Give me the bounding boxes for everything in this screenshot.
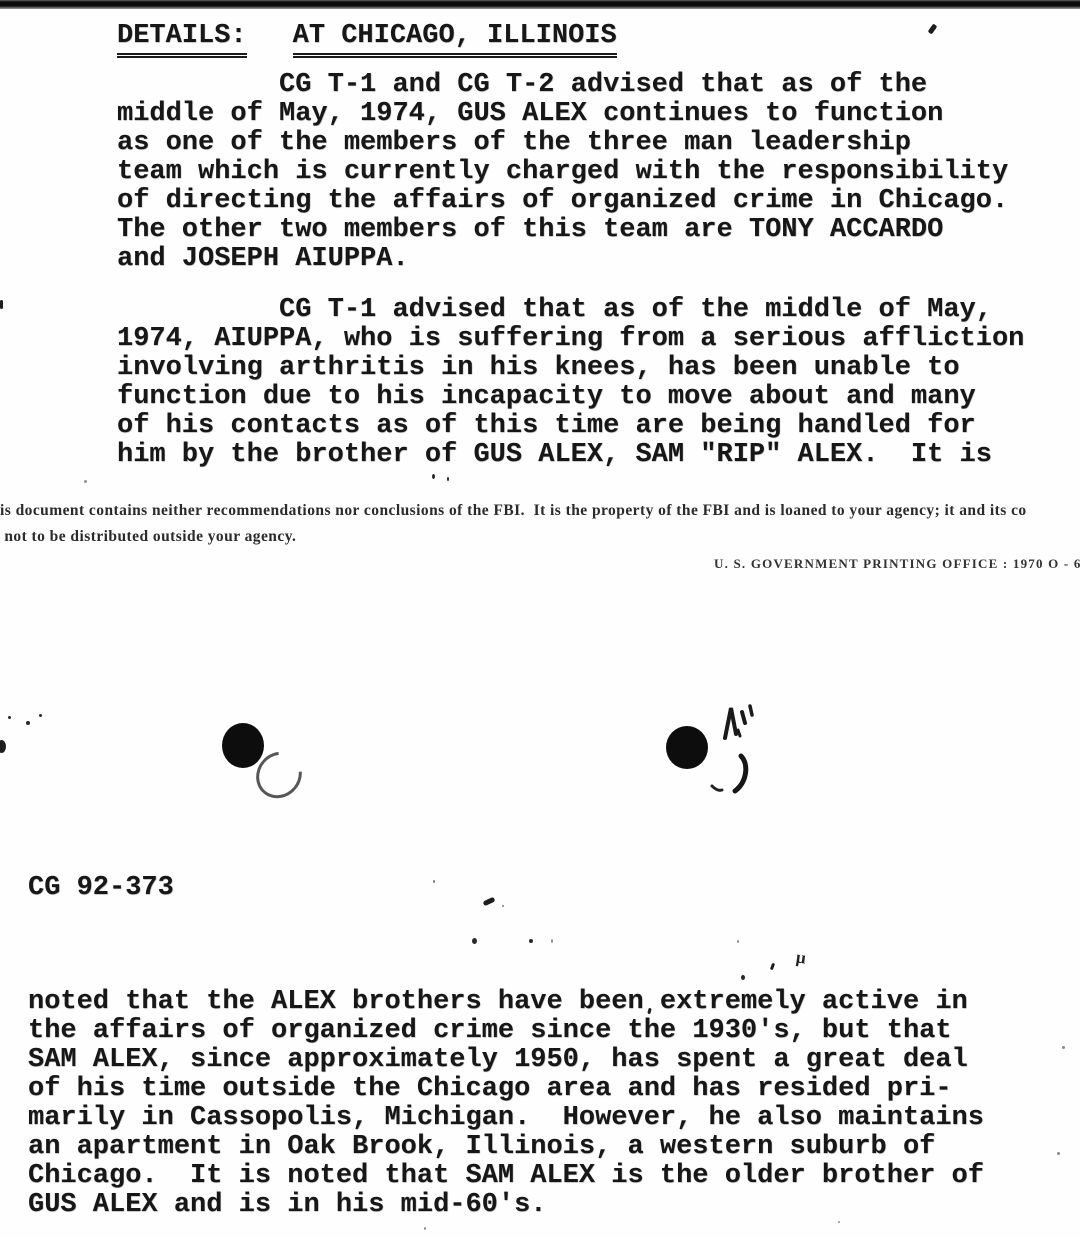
location-heading: AT CHICAGO, ILLINOIS (293, 22, 617, 58)
details-label: DETAILS: (117, 22, 247, 58)
ink-speck (1057, 1152, 1060, 1155)
case-number: CG 92-373 (28, 874, 174, 903)
ink-speck (84, 480, 87, 483)
ink-speck (8, 716, 11, 719)
gpo-imprint: U. S. GOVERNMENT PRINTING OFFICE : 1970 … (714, 556, 1080, 572)
paragraph-1: CG T-1 and CG T-2 advised that as of the… (117, 71, 1008, 274)
paragraph-2: CG T-1 advised that as of the middle of … (117, 296, 1024, 470)
ink-speck (424, 1227, 426, 1230)
ink-speck (433, 880, 435, 883)
ink-speck (472, 938, 477, 944)
hole-punch-dot-right (666, 726, 708, 769)
ink-speck (838, 1221, 840, 1223)
ink-speck (39, 714, 42, 717)
ink-speck (529, 939, 533, 943)
scanned-document-page: DETAILS:AT CHICAGO, ILLINOIS CG T-1 and … (0, 0, 1080, 1237)
hole-punch-dot-left (222, 723, 264, 768)
ink-speck (447, 477, 449, 481)
apostrophe-ink-mark (928, 23, 938, 34)
handwritten-scribble-icon (708, 698, 760, 800)
dash-ink-mark (483, 897, 496, 907)
ink-speck (1062, 1046, 1065, 1049)
comma-ink-mark (770, 963, 775, 971)
page-divider-bar (0, 0, 1080, 9)
ink-speck (741, 975, 745, 980)
ink-speck (432, 474, 435, 479)
paragraph-3: noted that the ALEX brothers have been e… (28, 988, 984, 1220)
ink-speck (502, 905, 504, 907)
details-heading-row: DETAILS:AT CHICAGO, ILLINOIS (117, 22, 617, 58)
ink-speck (26, 721, 30, 725)
footer-disclaimer: is document contains neither recommendat… (0, 498, 1027, 550)
edge-ink-blob (0, 740, 6, 753)
ink-speck (737, 940, 739, 943)
edge-ink-mark (0, 300, 3, 309)
ink-speck (551, 939, 553, 943)
handwritten-mu-mark: µ (795, 947, 807, 968)
